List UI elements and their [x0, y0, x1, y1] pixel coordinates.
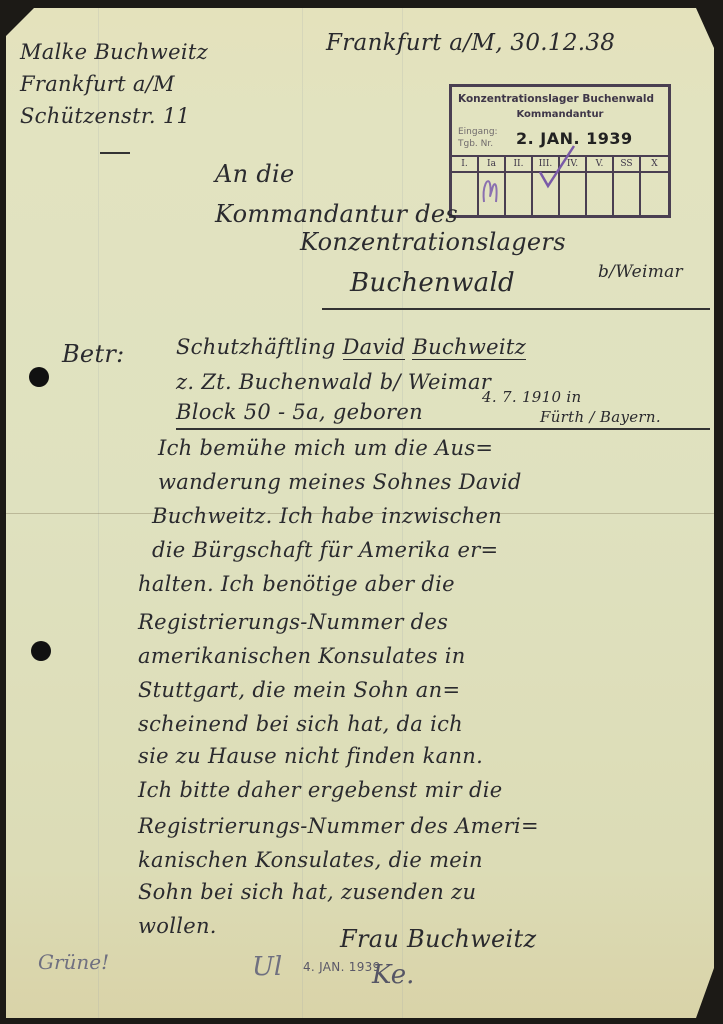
stamp-col-header: SS: [614, 157, 641, 173]
stamp-office: Kommandantur: [452, 109, 668, 120]
body-line: amerikanischen Konsulates in: [138, 644, 466, 668]
subject-line-1: Schutzhäftling David Buchweitz: [176, 335, 526, 359]
body-line: Registrierungs-Nummer des: [138, 610, 448, 634]
stamp-cell: [587, 173, 614, 215]
body-line: sie zu Hause nicht finden kann.: [138, 744, 483, 768]
body-line: kanischen Konsulates, die mein: [138, 848, 483, 872]
initials-right: Ke.: [372, 960, 414, 990]
place-date: Frankfurt a/M, 30.12.38: [326, 30, 615, 56]
violet-checkmark-icon: [538, 142, 578, 192]
born-label: geboren: [333, 400, 423, 424]
stamp-cell: [614, 173, 641, 215]
initials-left: Ul: [252, 952, 282, 982]
stamp-camp-name: Konzentrationslager Buchenwald: [458, 93, 654, 105]
body-line: Buchweitz. Ich habe inzwischen: [152, 504, 502, 528]
signature: Frau Buchweitz: [340, 925, 536, 953]
second-receipt-date-stamp: 4. JAN. 1939: [303, 960, 381, 974]
subject-prefix: Schutzhäftling: [176, 335, 336, 359]
subject-line-3: Block 50 - 5a, geboren: [176, 400, 423, 424]
recipient-underline: [322, 308, 710, 310]
subject-label: Betr:: [62, 340, 125, 368]
recipient-line-2: Kommandantur des: [215, 200, 458, 228]
punch-hole: [31, 641, 51, 661]
stamp-cell: [641, 173, 668, 215]
prisoner-last-name: Buchweitz: [412, 335, 526, 360]
recipient-line-3: Konzentrationslagers: [300, 228, 566, 256]
stamp-col-header: V.: [587, 157, 614, 173]
sender-name: Malke Buchweitz: [20, 40, 208, 64]
stamp-label-eingang: Eingang:: [458, 127, 498, 137]
recipient-line-4-suffix: b/Weimar: [598, 262, 683, 282]
birth-place: Fürth / Bayern.: [540, 408, 661, 426]
recipient-line-1: An die: [215, 160, 294, 188]
margin-note: Grüne!: [38, 950, 109, 974]
stamp-col-header: Ia: [479, 157, 506, 173]
prisoner-first-name: David: [343, 335, 406, 360]
sender-city: Frankfurt a/M: [20, 72, 175, 96]
body-line: Sohn bei sich hat, zusenden zu: [138, 880, 476, 904]
body-line: die Bürgschaft für Amerika er=: [152, 538, 498, 562]
subject-underline: [176, 428, 710, 430]
stamp-col-header: X: [641, 157, 668, 173]
birth-date: 4. 7. 1910 in: [482, 388, 581, 406]
stamp-label-tgb: Tgb. Nr.: [458, 139, 493, 149]
separator-dash: [100, 152, 130, 154]
stamp-cell: [506, 173, 533, 215]
stamp-col-header: I.: [452, 157, 479, 173]
body-line: wollen.: [138, 914, 217, 938]
prisoner-block: Block 50 - 5a,: [176, 400, 326, 424]
body-line: halten. Ich benötige aber die: [138, 572, 455, 596]
body-line: scheinend bei sich hat, da ich: [138, 712, 463, 736]
stamp-col-header: II.: [506, 157, 533, 173]
body-line: wanderung meines Sohnes David: [158, 470, 522, 494]
violet-scribble-icon: [480, 172, 502, 208]
body-line: Ich bemühe mich um die Aus=: [158, 436, 493, 460]
recipient-line-4: Buchenwald: [350, 268, 515, 298]
body-line: Stuttgart, die mein Sohn an=: [138, 678, 460, 702]
body-line: Ich bitte daher ergebenst mir die: [138, 778, 502, 802]
sender-street: Schützenstr. 11: [20, 104, 190, 128]
body-line: Registrierungs-Nummer des Ameri=: [138, 814, 539, 838]
punch-hole: [29, 367, 49, 387]
subject-line-2: z. Zt. Buchenwald b/ Weimar: [176, 370, 491, 394]
